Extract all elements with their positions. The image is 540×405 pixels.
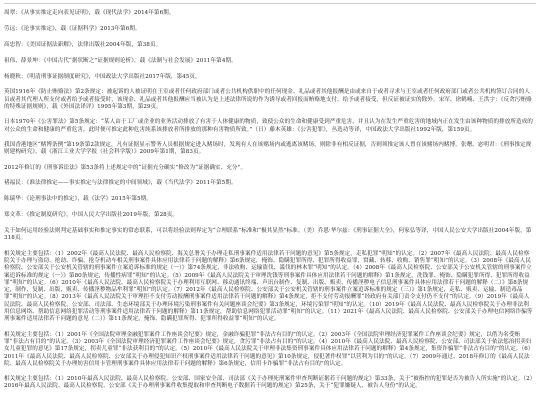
footnote: 2012年修订的《刑事诉讼法》第53条将上述规定中的“证据充分确实”修改为“证据… — [4, 165, 534, 172]
footnote: 日本1970年《公害罪法》第5条规定：“某人由于工厂或企业的业务活动排放了有害于… — [4, 119, 534, 134]
footnote: 英国1916年《防止贿赂法》第2条规定：被起诉的人被证明在王室或者任何政府部门或… — [4, 89, 534, 111]
footnote: 郑文革：《推定制度研究》，中国人民大学出版社2019年版，第28页。 — [4, 212, 534, 219]
footnote: 相关规定主要包括：（1）2001年《全国法院审理金融犯罪案件工作座谈会纪要》规定… — [4, 332, 534, 368]
footnotes-list: 周翠：《从事实推定走向表见证明》，载《现代法学》2014年第6期。 劳远：《论事… — [4, 10, 534, 399]
footnote: 相关规定主要包括：（1）2010年最高人民法院、最高人民检察院、公安部、国家安全… — [4, 376, 534, 391]
header-divider — [4, 3, 536, 4]
footnote: 周翠：《从事实推定走向表见证明》，载《现代法学》2014年第6期。 — [4, 10, 534, 17]
footnote: 陈瑞华：《论刑事法中的推定》，载《法学》2015年第5期。 — [4, 196, 534, 203]
footnote: 杨晓秋：《明清刑事证据制度研究》，中国政法大学出版社2017年版，第45页。 — [4, 74, 534, 81]
footnote: 我国香港地区“赌博条例”第19条第2款规定，凡有证据显示警务人员根据规定进入赌场… — [4, 142, 534, 157]
footnote: 相关规定主要包括：（1）2002年《最高人民法院、最高人民检察院、海关总署关于办… — [4, 251, 534, 324]
footnote: 褚福民：《准法律推定——事实推定与法律推定的中间领域》，载《当代法学》2011年… — [4, 180, 534, 187]
footnote: 高忠智：《美国证据法新解》，法律出版社2004年版，第38页。 — [4, 42, 534, 49]
footnote: 劳远：《论事实推定》，载《证据科学》2013年第6期。 — [4, 26, 534, 33]
footnote: 祖伟、薛景坤：《中国古代“据状断之”证据规则论析》，载《法制与社会发展》2011… — [4, 58, 534, 65]
footnote: 关于如何运用经验法则判定基础事实和推定事实的常态联系，可以将经验法则界定为“合理… — [4, 228, 534, 243]
